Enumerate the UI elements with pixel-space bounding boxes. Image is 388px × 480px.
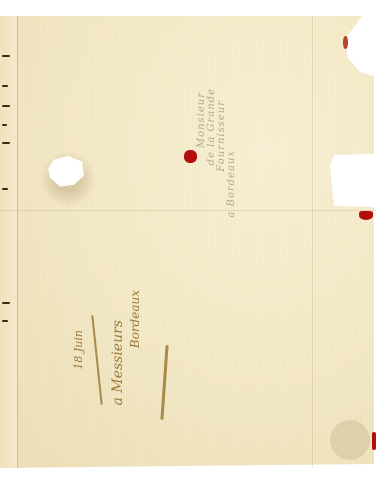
wax-seal-fragment (184, 150, 197, 163)
ink-mark (2, 188, 8, 190)
wax-seal-fragment (372, 432, 376, 450)
wax-seal-fragment (359, 211, 373, 220)
address-line: Bordeaux (128, 290, 142, 348)
ink-mark (2, 105, 10, 107)
left-fold-strip (0, 16, 18, 468)
ink-mark (2, 320, 8, 322)
bleed-through-line: a Bordeaux (226, 150, 237, 218)
ink-mark (2, 55, 10, 57)
fold-crease (312, 16, 313, 468)
letter-sheet (0, 16, 376, 468)
ink-mark (2, 124, 7, 126)
ink-mark (2, 85, 8, 87)
ink-mark (2, 302, 10, 304)
docket-note: 18 Juin (72, 330, 85, 370)
fold-crease (0, 210, 376, 211)
wax-seal-fragment (343, 36, 348, 49)
paper-stain (330, 420, 370, 460)
address-line: a Messieurs (110, 320, 126, 405)
ink-mark (2, 142, 10, 144)
